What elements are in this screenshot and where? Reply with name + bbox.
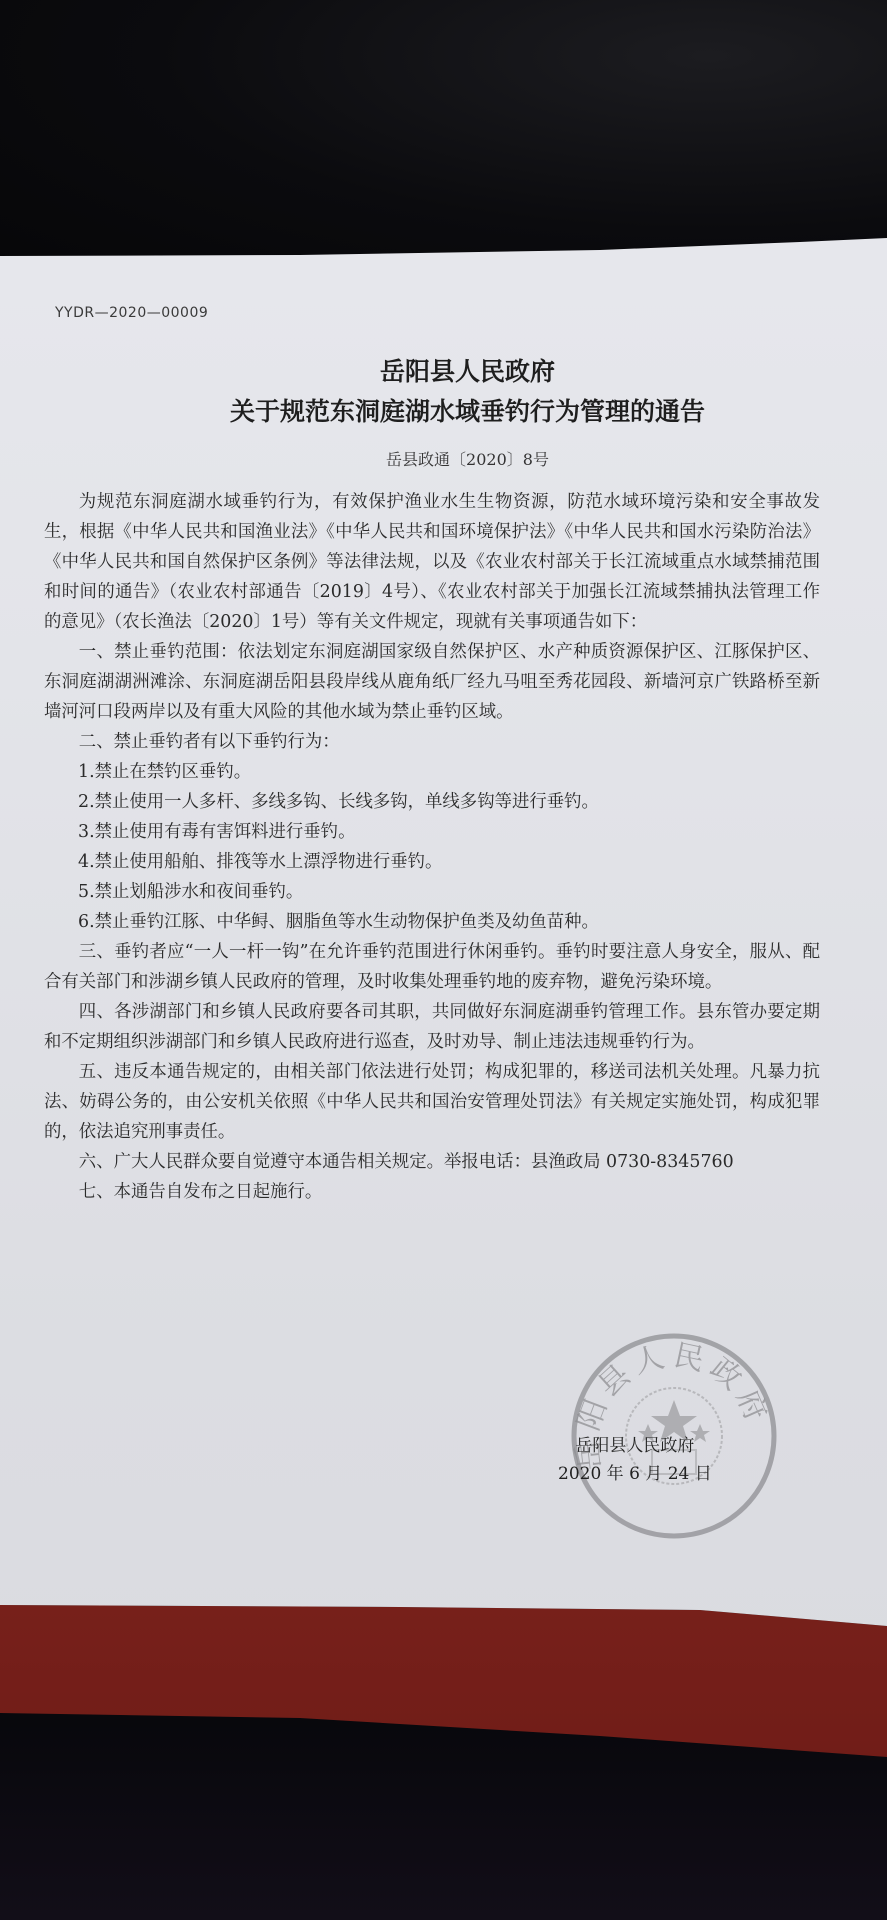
section-4: 四、各涉湖部门和乡镇人民政府要各司其职，共同做好东洞庭湖垂钓管理工作。县东管办要… — [44, 997, 820, 1057]
prohibited-item-4: 4.禁止使用船舶、排筏等水上漂浮物进行垂钓。 — [44, 847, 820, 877]
prohibited-item-5: 5.禁止划船涉水和夜间垂钓。 — [44, 877, 820, 907]
notice-body: 为规范东洞庭湖水域垂钓行为，有效保护渔业水生生物资源，防范水域环境污染和安全事故… — [44, 487, 820, 1207]
document-id: YYDR—2020—00009 — [55, 305, 208, 321]
notice-title: 关于规范东洞庭湖水域垂钓行为管理的通告 — [24, 392, 887, 428]
section-6: 六、广大人民群众要自觉遵守本通告相关规定。举报电话：县渔政局 0730-8345… — [44, 1147, 820, 1177]
prohibited-item-3: 3.禁止使用有毒有害饵料进行垂钓。 — [44, 817, 820, 847]
prohibited-item-6: 6.禁止垂钓江豚、中华鲟、胭脂鱼等水生动物保护鱼类及幼鱼苗种。 — [44, 907, 820, 937]
prohibited-item-1: 1.禁止在禁钓区垂钓。 — [44, 757, 820, 787]
section-7: 七、本通告自发布之日起施行。 — [44, 1177, 820, 1207]
signature-block: 岳阳县人民政府 2020 年 6 月 24 日 — [558, 1432, 712, 1488]
section-3: 三、垂钓者应“一人一杆一钩”在允许垂钓范围进行休闲垂钓。垂钓时要注意人身安全，服… — [44, 937, 820, 997]
section-1: 一、禁止垂钓范围：依法划定东洞庭湖国家级自然保护区、水产种质资源保护区、江豚保护… — [44, 637, 820, 727]
document-number: 岳县政通〔2020〕8号 — [24, 447, 887, 470]
section-5: 五、违反本通告规定的，由相关部门依法进行处罚；构成犯罪的，移送司法机关处理。凡暴… — [44, 1057, 820, 1147]
intro-paragraph: 为规范东洞庭湖水域垂钓行为，有效保护渔业水生生物资源，防范水域环境污染和安全事故… — [44, 487, 820, 637]
prohibited-item-2: 2.禁止使用一人多杆、多线多钩、长线多钩，单线多钩等进行垂钓。 — [44, 787, 820, 817]
issue-date: 2020 年 6 月 24 日 — [558, 1460, 712, 1488]
issuer-signature: 岳阳县人民政府 — [558, 1432, 712, 1460]
background-surface-top — [0, 0, 887, 280]
section-2: 二、禁止垂钓者有以下垂钓行为： — [44, 727, 820, 757]
issuer-title: 岳阳县人民政府 — [24, 352, 887, 388]
